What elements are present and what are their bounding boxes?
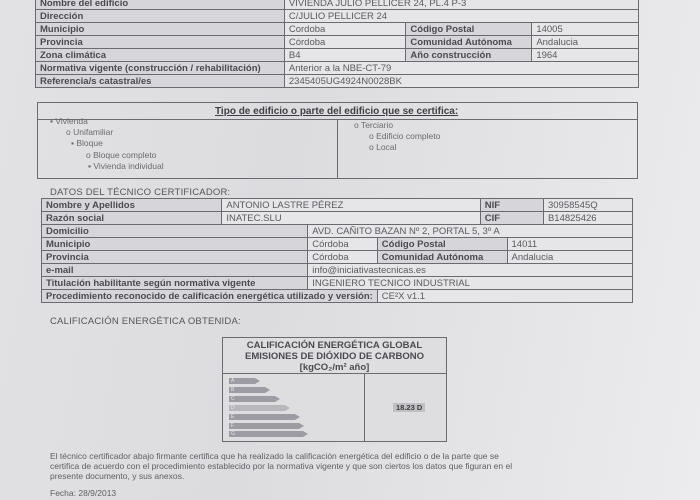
scale-bar-e: E	[229, 414, 295, 420]
table-row: Dirección C/JULIO PELLICER 24	[36, 10, 639, 23]
rating-box-title-2: EMISIONES DE DIÓXIDO DE CARBONO	[223, 351, 446, 362]
label-direccion: Dirección	[36, 10, 285, 23]
label-cif: CIF	[480, 212, 543, 225]
label-ca-tecnico: Comunidad Autónoma	[377, 251, 507, 264]
rating-box-unit: [kgCO₂/m² año]	[223, 362, 446, 373]
option-bloque-completo: o Bloque completo	[86, 150, 156, 160]
table-row: Referencia/s catastral/es 2345405UG4924N…	[36, 75, 639, 88]
label-zona-climatica: Zona climática	[36, 49, 285, 62]
scale-bar-c: C	[229, 396, 275, 402]
label-municipio: Municipio	[36, 23, 285, 36]
value-municipio-tecnico: Córdoba	[308, 238, 378, 251]
value-nombre: ANTONIO LASTRE PÉREZ	[222, 199, 480, 212]
value-referencia-catastral: 2345405UG4924N0028BK	[284, 75, 638, 88]
rating-result-badge: 18.23 D	[393, 403, 425, 412]
value-ca-tecnico: Andalucia	[507, 251, 633, 264]
table-row: Municipio Cordoba Código Postal 14005	[36, 23, 639, 36]
value-provincia-tecnico: Córdoba	[308, 251, 378, 264]
option-vivienda-individual: ▪ Vivienda individual	[88, 161, 164, 171]
scale-bar-g: G	[229, 431, 303, 437]
label-nombre-edificio: Nombre del edificio	[36, 0, 285, 10]
value-comunidad: Andalucia	[532, 36, 639, 49]
label-procedimiento: Procedimiento reconocido de calificación…	[42, 290, 378, 303]
label-nif: NIF	[480, 199, 543, 212]
building-type-title: Tipo de edificio o parte del edificio qu…	[215, 106, 458, 117]
value-cp-tecnico: 14011	[507, 238, 633, 251]
table-row: Nombre y Apellidos ANTONIO LASTRE PÉREZ …	[42, 199, 633, 212]
value-provincia: Córdoba	[284, 36, 406, 49]
table-row: Normativa vigente (construcción / rehabi…	[36, 62, 639, 75]
value-direccion: C/JULIO PELLICER 24	[284, 10, 638, 23]
label-municipio-tecnico: Municipio	[42, 238, 308, 251]
option-vivienda: ▪ Vivienda	[50, 116, 88, 126]
divider	[337, 119, 338, 178]
scale-bar-d: D	[229, 405, 285, 411]
rating-box-title-1: CALIFICACIÓN ENERGÉTICA GLOBAL	[223, 340, 446, 351]
table-row: Provincia Córdoba Comunidad Autónoma And…	[36, 36, 639, 49]
value-ano-construccion: 1964	[532, 49, 639, 62]
label-provincia-tecnico: Provincia	[42, 251, 308, 264]
value-email: info@iniciativastecnicas.es	[308, 264, 633, 277]
building-data-table: Nombre del edificio VIVIENDA JULIO PELLI…	[35, 0, 639, 88]
technician-table: Nombre y Apellidos ANTONIO LASTRE PÉREZ …	[41, 198, 633, 303]
value-razon-social: INATEC.SLU	[222, 212, 480, 225]
value-municipio: Cordoba	[284, 23, 406, 36]
label-ano-construccion: Año construcción	[406, 49, 532, 62]
rating-chart-box: CALIFICACIÓN ENERGÉTICA GLOBAL EMISIONES…	[222, 337, 447, 442]
table-row: Titulación habilitante según normativa v…	[42, 277, 633, 290]
scale-bar-a: A	[229, 378, 255, 384]
divider	[364, 373, 365, 441]
label-domicilio: Domicilio	[42, 225, 308, 238]
label-titulacion: Titulación habilitante según normativa v…	[42, 277, 308, 290]
certification-statement: El técnico certificador abajo firmante c…	[50, 451, 690, 481]
value-nombre-edificio: VIVIENDA JULIO PELLICER 24, PL.4 P-3	[284, 0, 638, 10]
table-row: Razón social INATEC.SLU CIF B14825426	[42, 212, 633, 225]
technician-section-title: DATOS DEL TÉCNICO CERTIFICADOR:	[50, 187, 230, 198]
table-row: Provincia Córdoba Comunidad Autónoma And…	[42, 251, 633, 264]
scale-bar-b: B	[229, 387, 265, 393]
value-procedimiento: CE²X v1.1	[377, 290, 632, 303]
value-titulacion: INGENIERO TECNICO INDUSTRIAL	[308, 277, 633, 290]
option-terciario: o Terciario	[354, 120, 393, 130]
bullet-empty-icon: o	[354, 120, 361, 130]
value-nif: 30958545Q	[543, 199, 632, 212]
label-referencia-catastral: Referencia/s catastral/es	[36, 75, 285, 88]
option-unifamiliar: o Unifamiliar	[66, 127, 113, 137]
value-cif: B14825426	[543, 212, 632, 225]
label-cp-tecnico: Código Postal	[377, 238, 507, 251]
table-row: Zona climática B4 Año construcción 1964	[36, 49, 639, 62]
label-normativa: Normativa vigente (construcción / rehabi…	[36, 62, 285, 75]
table-row: Procedimiento reconocido de calificación…	[42, 290, 633, 303]
value-zona-climatica: B4	[284, 49, 406, 62]
table-row: Domicilio AVD. CAÑITO BAZAN Nº 2, PORTAL…	[42, 225, 633, 238]
table-row: Nombre del edificio VIVIENDA JULIO PELLI…	[36, 0, 639, 10]
certification-date: Fecha: 28/9/2013	[50, 488, 116, 498]
option-local: o Local	[369, 142, 396, 152]
option-edificio-completo: o Edificio completo	[369, 131, 440, 141]
rating-section-title: CALIFICACIÓN ENERGÉTICA OBTENIDA:	[50, 316, 241, 327]
label-codigo-postal: Código Postal	[406, 23, 532, 36]
value-domicilio: AVD. CAÑITO BAZAN Nº 2, PORTAL 5, 3º A	[308, 225, 633, 238]
label-comunidad: Comunidad Autónoma	[406, 36, 532, 49]
value-codigo-postal: 14005	[532, 23, 639, 36]
label-provincia: Provincia	[36, 36, 285, 49]
scale-bar-f: F	[229, 423, 299, 429]
value-normativa: Anterior a la NBE-CT-79	[284, 62, 638, 75]
table-row: Municipio Córdoba Código Postal 14011	[42, 238, 633, 251]
divider	[223, 373, 446, 374]
label-razon-social: Razón social	[42, 212, 222, 225]
label-email: e-mail	[42, 264, 308, 277]
option-bloque: ▪ Bloque	[71, 138, 103, 148]
label-nombre: Nombre y Apellidos	[42, 199, 222, 212]
table-row: e-mail info@iniciativastecnicas.es	[42, 264, 633, 277]
